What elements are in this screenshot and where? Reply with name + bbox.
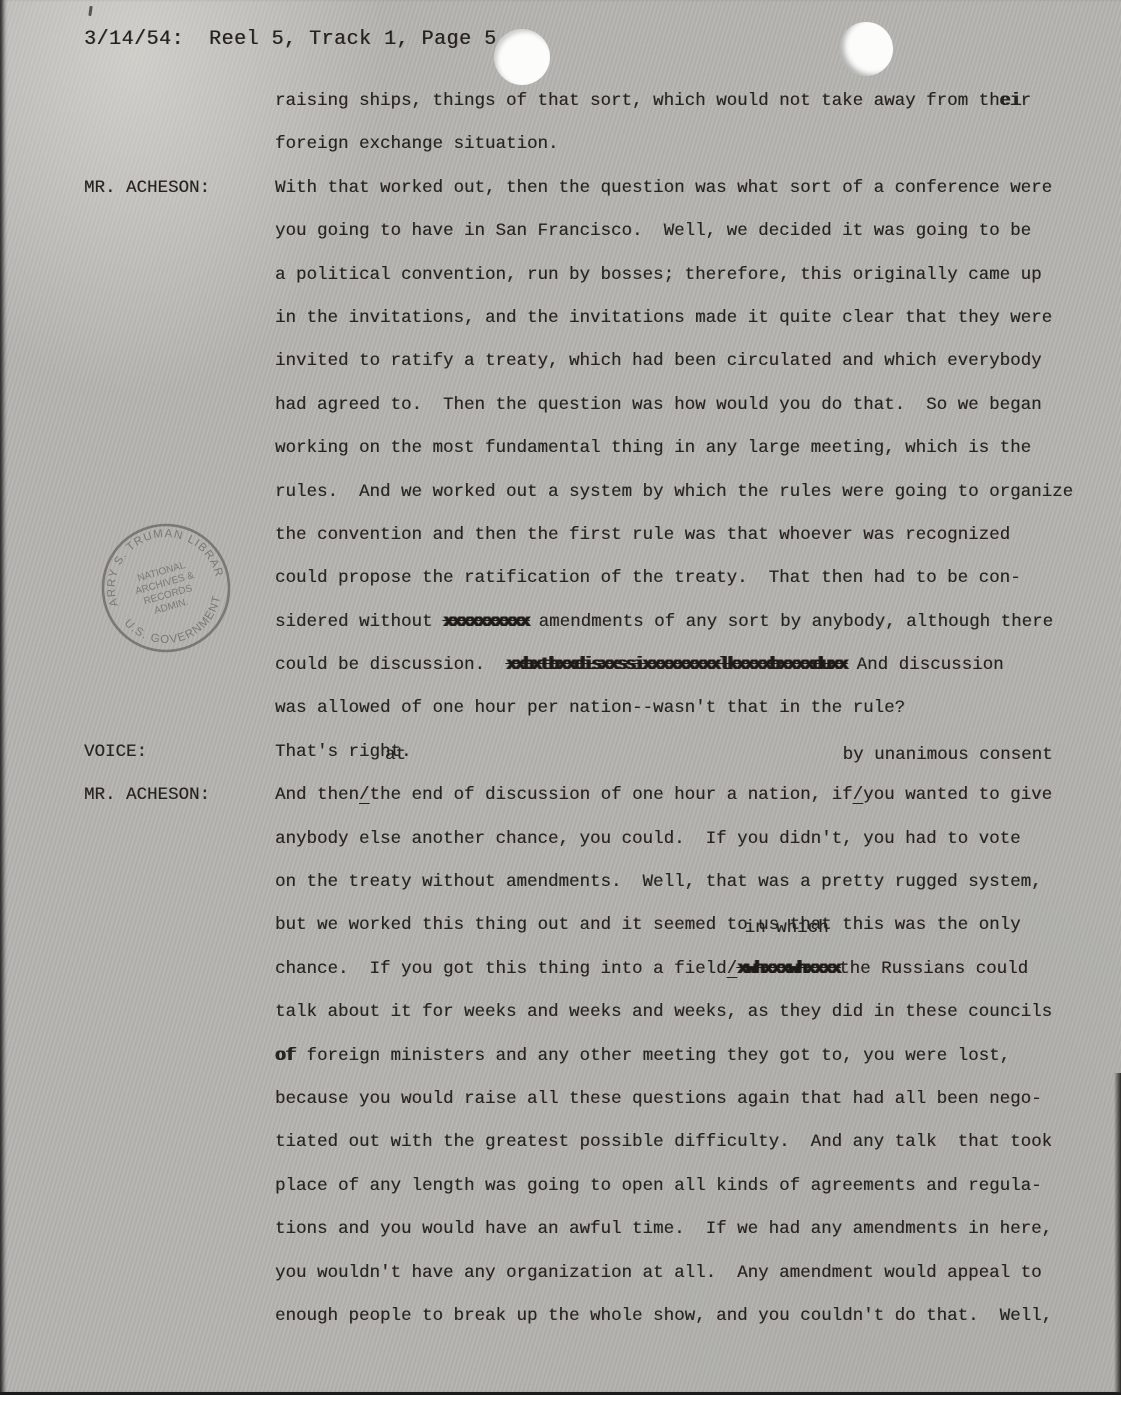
text-segment: enough people to break up the whole show…: [275, 1306, 1052, 1326]
transcript-line: could be discussion. xxbxtbxxdisxxssixxx…: [0, 644, 1121, 687]
transcript-line: MR. ACHESON:And thenat/the end of discus…: [0, 774, 1121, 817]
speaker-label: VOICE:: [84, 731, 147, 774]
transcript-line: foreign exchange situation.: [0, 123, 1121, 166]
transcript-line: tions and you would have an awful time. …: [0, 1208, 1121, 1251]
line-text: had agreed to. Then the question was how…: [275, 384, 1042, 427]
line-text: enough people to break up the whole show…: [275, 1295, 1052, 1338]
transcript-line: chance. If you got this thing into a fie…: [0, 948, 1121, 991]
line-text: could propose the ratification of the tr…: [275, 557, 1021, 600]
scanned-document-page: 3/14/54: Reel 5, Track 1, Page 5 HARRY S…: [0, 0, 1121, 1405]
transcript-line: enough people to break up the whole show…: [0, 1295, 1121, 1338]
text-segment: anybody else another chance, you could. …: [275, 829, 1021, 849]
inserted-text: in which: [745, 907, 829, 950]
text-segment: but we worked this thing out and it seem…: [275, 915, 1021, 935]
transcript-line: tiated out with the greatest possible di…: [0, 1121, 1121, 1164]
transcript-line: you going to have in San Francisco. Well…: [0, 210, 1121, 253]
stray-ink-mark: [88, 6, 92, 16]
text-segment: rules. And we worked out a system by whi…: [275, 482, 1073, 502]
transcript-line: but we worked this thing out and it seem…: [0, 904, 1121, 947]
line-text: in the invitations, and the invitations …: [275, 297, 1052, 340]
text-segment: could be discussion.: [275, 655, 506, 675]
line-text: raising ships, things of that sort, whic…: [275, 80, 1031, 123]
transcript-line: raising ships, things of that sort, whic…: [0, 80, 1121, 123]
text-segment: r: [1021, 91, 1032, 111]
text-segment: foreign exchange situation.: [275, 134, 559, 154]
text-segment: you wanted to give: [863, 785, 1052, 805]
line-text: tions and you would have an awful time. …: [275, 1208, 1052, 1251]
text-segment: in the invitations, and the invitations …: [275, 308, 1052, 328]
transcript-line: the convention and then the first rule w…: [0, 514, 1121, 557]
line-text: talk about it for weeks and weeks and we…: [275, 991, 1052, 1034]
line-text: And thenat/the end of discussion of one …: [275, 774, 1052, 817]
line-text: a political convention, run by bosses; t…: [275, 254, 1042, 297]
line-text: you wouldn't have any organization at al…: [275, 1252, 1042, 1295]
transcript-line: anybody else another chance, you could. …: [0, 818, 1121, 861]
punch-hole-right: [839, 22, 893, 76]
text-segment: With that worked out, then the question …: [275, 178, 1052, 198]
line-text: could be discussion. xxbxtbxxdisxxssixxx…: [275, 644, 1004, 687]
line-text: anybody else another chance, you could. …: [275, 818, 1021, 861]
line-text: was allowed of one hour per nation--wasn…: [275, 687, 905, 730]
transcript-line: working on the most fundamental thing in…: [0, 427, 1121, 470]
text-segment: talk about it for weeks and weeks and we…: [275, 1002, 1052, 1022]
speaker-label: MR. ACHESON:: [84, 167, 210, 210]
transcript: raising ships, things of that sort, whic…: [0, 80, 1121, 1338]
text-segment: was allowed of one hour per nation--wasn…: [275, 698, 905, 718]
caret-slash: /: [359, 785, 370, 805]
text-segment: you going to have in San Francisco. Well…: [275, 221, 1031, 241]
line-text: place of any length was going to open al…: [275, 1165, 1042, 1208]
text-segment: raising ships, things of that sort, whic…: [275, 91, 1000, 111]
line-text: tiated out with the greatest possible di…: [275, 1121, 1052, 1164]
text-segment: the convention and then the first rule w…: [275, 525, 1010, 545]
text-segment: on the treaty without amendments. Well, …: [275, 872, 1042, 892]
transcript-line: in the invitations, and the invitations …: [0, 297, 1121, 340]
line-text: foreign exchange situation.: [275, 123, 559, 166]
transcript-line: sidered without xxxxxxxxxx amendments of…: [0, 601, 1121, 644]
strikeout-text: xxxxxxxxxx: [443, 612, 528, 632]
text-segment: invited to ratify a treaty, which had be…: [275, 351, 1042, 371]
line-text: invited to ratify a treaty, which had be…: [275, 340, 1042, 383]
text-segment: tiated out with the greatest possible di…: [275, 1132, 1052, 1152]
transcript-line: talk about it for weeks and weeks and we…: [0, 991, 1121, 1034]
inserted-text: by unanimous consent: [843, 734, 1053, 777]
transcript-line: invited to ratify a treaty, which had be…: [0, 340, 1121, 383]
transcript-line: MR. ACHESON:With that worked out, then t…: [0, 167, 1121, 210]
transcript-line: rules. And we worked out a system by whi…: [0, 471, 1121, 514]
text-segment: place of any length was going to open al…: [275, 1176, 1042, 1196]
line-text: sidered without xxxxxxxxxx amendments of…: [275, 601, 1053, 644]
text-segment: could propose the ratification of the tr…: [275, 568, 1021, 588]
transcript-line: because you would raise all these questi…: [0, 1078, 1121, 1121]
transcript-line: could propose the ratification of the tr…: [0, 557, 1121, 600]
text-segment: working on the most fundamental thing in…: [275, 438, 1031, 458]
text-segment: tions and you would have an awful time. …: [275, 1219, 1052, 1239]
transcript-line: place of any length was going to open al…: [0, 1165, 1121, 1208]
text-segment: because you would raise all these questi…: [275, 1089, 1042, 1109]
page-edge-shadow: [1114, 1073, 1121, 1393]
text-segment: foreign ministers and any other meeting …: [296, 1046, 1010, 1066]
text-segment: And then: [275, 785, 359, 805]
transcript-line: was allowed of one hour per nation--wasn…: [0, 687, 1121, 730]
transcript-line: a political convention, run by bosses; t…: [0, 254, 1121, 297]
inserted-text: at: [385, 734, 406, 777]
transcript-line: had agreed to. Then the question was how…: [0, 384, 1121, 427]
text-segment: the Russians could: [839, 959, 1028, 979]
speaker-label: MR. ACHESON:: [84, 774, 210, 817]
overtyped-text: ei: [1000, 91, 1021, 111]
transcript-line: on the treaty without amendments. Well, …: [0, 861, 1121, 904]
text-segment: a political convention, run by bosses; t…: [275, 265, 1042, 285]
page-header: 3/14/54: Reel 5, Track 1, Page 5: [84, 28, 497, 51]
paper-sheet: 3/14/54: Reel 5, Track 1, Page 5 HARRY S…: [0, 0, 1121, 1395]
line-text: but we worked this thing out and it seem…: [275, 904, 1021, 947]
text-segment: the end of discussion of one hour a nati…: [370, 785, 853, 805]
line-text: rules. And we worked out a system by whi…: [275, 471, 1073, 514]
caret-slash: /: [727, 959, 738, 979]
transcript-line: of foreign ministers and any other meeti…: [0, 1035, 1121, 1078]
strikeout-text: xxbxtbxxdisxxssixxxxxxxxxlkxxxxbxxxxduxx: [506, 655, 846, 675]
strikeout-text: xwhxxxwhxxxx: [737, 959, 839, 979]
overtyped-text: of: [275, 1046, 296, 1066]
line-text: working on the most fundamental thing in…: [275, 427, 1031, 470]
line-text: because you would raise all these questi…: [275, 1078, 1042, 1121]
line-text: of foreign ministers and any other meeti…: [275, 1035, 1010, 1078]
transcript-line: you wouldn't have any organization at al…: [0, 1252, 1121, 1295]
text-segment: sidered without: [275, 612, 443, 632]
text-segment: And discussion: [846, 655, 1004, 675]
line-text: With that worked out, then the question …: [275, 167, 1052, 210]
line-text: the convention and then the first rule w…: [275, 514, 1010, 557]
caret-slash: /: [853, 785, 864, 805]
line-text: you going to have in San Francisco. Well…: [275, 210, 1031, 253]
punch-hole-left: [494, 29, 550, 85]
text-segment: chance. If you got this thing into a fie…: [275, 959, 727, 979]
line-text: on the treaty without amendments. Well, …: [275, 861, 1042, 904]
text-segment: you wouldn't have any organization at al…: [275, 1263, 1042, 1283]
line-text: chance. If you got this thing into a fie…: [275, 948, 1028, 991]
text-segment: had agreed to. Then the question was how…: [275, 395, 1042, 415]
text-segment: amendments of any sort by anybody, altho…: [528, 612, 1053, 632]
